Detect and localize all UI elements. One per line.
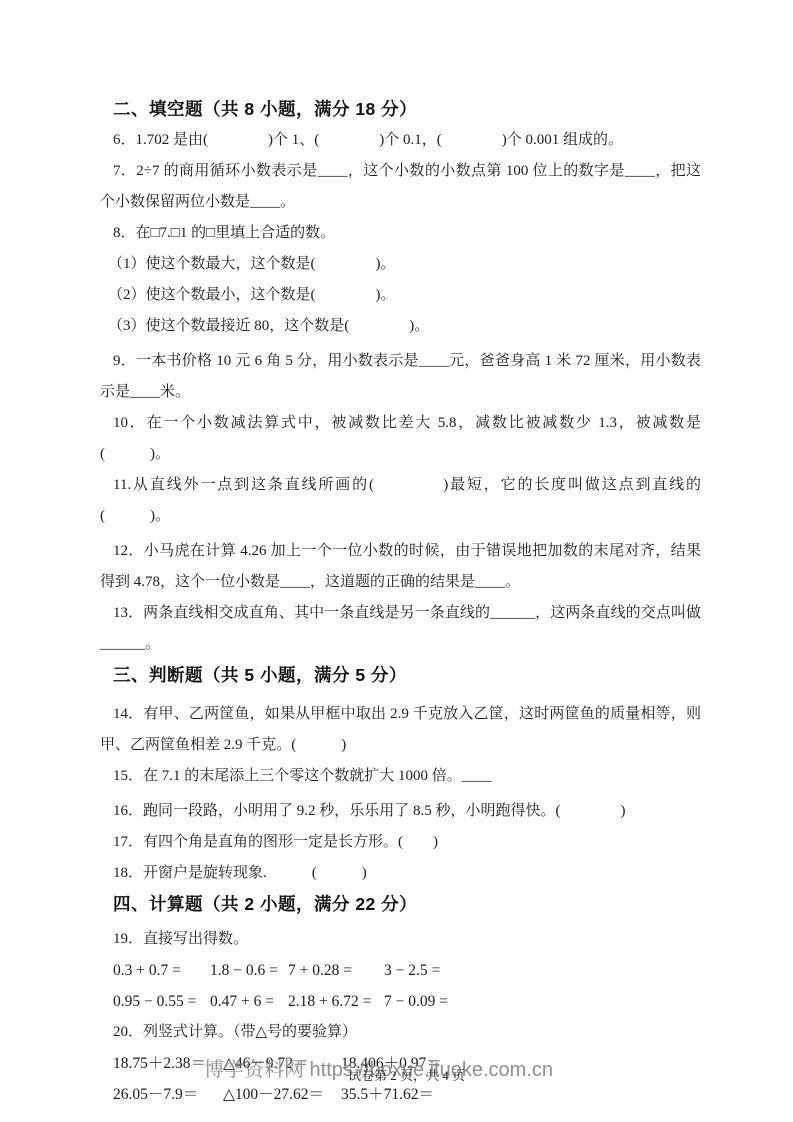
question-8-item-2: （2）使这个数最小，这个数是( )。 xyxy=(100,280,701,311)
section-heading-true-false: 三、判断题（共 5 小题，满分 5 分） xyxy=(100,660,701,691)
question-12: 12．小马虎在计算 4.26 加上一个一位小数的时候，由于错误地把加数的末尾对齐… xyxy=(100,536,701,598)
q19-equations-row-1: 0.3 + 0.7 = 1.8 − 0.6 = 7 + 0.28 = 3 − 2… xyxy=(100,955,701,986)
exam-page: { "page": { "watermark": "博学资料网 https://… xyxy=(0,0,793,1122)
question-7: 7．2÷7 的商用循环小数表示是____，这个小数的小数点第 100 位上的数字… xyxy=(100,156,701,218)
page-footer: 试卷第 2 页，共 4 页 xyxy=(10,1066,793,1086)
equation: 0.95 − 0.55 = xyxy=(113,986,210,1017)
question-8: 8．在□7.□1 的□里填上合适的数。 xyxy=(100,218,701,249)
question-18: 18．开窗户是旋转现象. ( ) xyxy=(100,858,701,889)
equation: 0.3 + 0.7 = xyxy=(113,955,210,986)
equation: 2.18 + 6.72 = xyxy=(288,986,384,1017)
section-heading-fill-in-blanks: 二、填空题（共 8 小题，满分 18 分） xyxy=(100,94,701,125)
question-11: 11.从直线外一点到这条直线所画的( )最短，它的长度叫做这点到直线的( )。 xyxy=(100,470,701,532)
question-8-item-1: （1）使这个数最大，这个数是( )。 xyxy=(100,249,701,280)
question-16: 16．跑同一段路，小明用了 9.2 秒，乐乐用了 8.5 秒，小明跑得快。( ) xyxy=(100,796,701,827)
question-14: 14．有甲、乙两筐鱼，如果从甲框中取出 2.9 千克放入乙筐，这时两筐鱼的质量相… xyxy=(100,699,701,761)
equation: 7 + 0.28 = xyxy=(288,955,384,986)
question-9: 9．一本书价格 10 元 6 角 5 分，用小数表示是____元，爸爸身高 1 … xyxy=(100,346,701,408)
question-19: 19．直接写出得数。 xyxy=(100,924,701,955)
question-15: 15．在 7.1 的末尾添上三个零这个数就扩大 1000 倍。____ xyxy=(100,761,701,792)
equation: 0.47 + 6 = xyxy=(210,986,288,1017)
equation: 7 − 0.09 = xyxy=(384,986,701,1017)
equation: 3 − 2.5 = xyxy=(384,955,701,986)
question-8-item-3: （3）使这个数最接近 80，这个数是( )。 xyxy=(100,311,701,342)
exam-body: 二、填空题（共 8 小题，满分 18 分） 6．1.702 是由( )个 1、(… xyxy=(100,94,701,1110)
question-10: 10．在一个小数减法算式中，被减数比差大 5.8，减数比被减数少 1.3，被减数… xyxy=(100,408,701,470)
q19-equations-row-2: 0.95 − 0.55 = 0.47 + 6 = 2.18 + 6.72 = 7… xyxy=(100,986,701,1017)
question-20: 20．列竖式计算。（带△号的要验算） xyxy=(100,1017,701,1048)
question-6: 6．1.702 是由( )个 1、( )个 0.1，( )个 0.001 组成的… xyxy=(100,125,701,156)
equation: 1.8 − 0.6 = xyxy=(210,955,288,986)
question-17: 17．有四个角是直角的图形一定是长方形。( ) xyxy=(100,827,701,858)
section-heading-calculation: 四、计算题（共 2 小题，满分 22 分） xyxy=(100,889,701,920)
question-13: 13．两条直线相交成直角、其中一条直线是另一条直线的______，这两条直线的交… xyxy=(100,598,701,660)
